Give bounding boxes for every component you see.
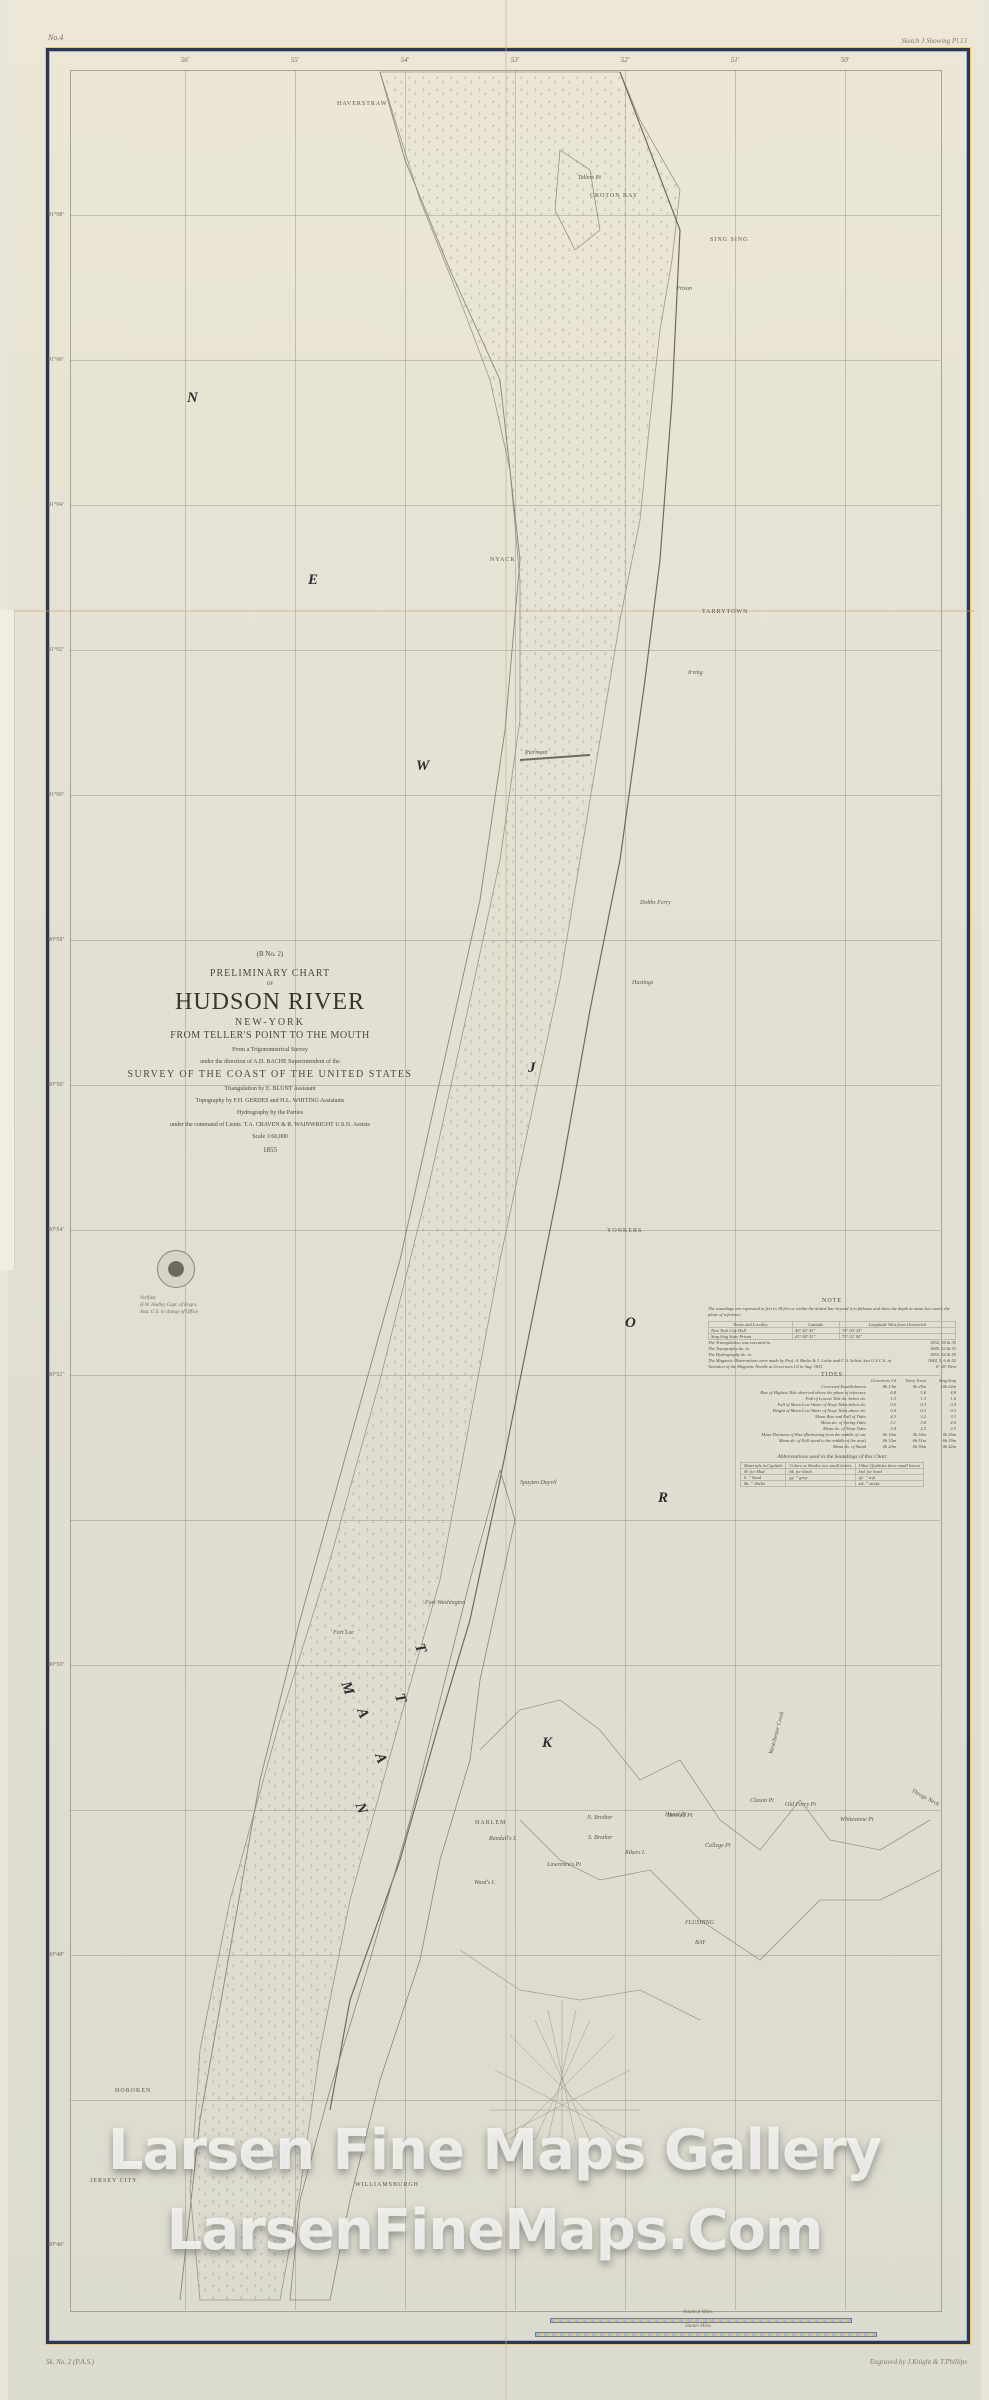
title-extent: FROM TELLER'S POINT TO THE MOUTH: [120, 1030, 420, 1041]
place-nyack: NYACK: [490, 557, 516, 563]
watermark-gallery: Larsen Fine Maps Gallery: [0, 2118, 989, 2183]
place-fort-lee: Fort Lee: [333, 1630, 354, 1636]
coast-survey-seal-icon: [157, 1250, 195, 1288]
region-letter: N: [187, 390, 198, 407]
place-whitestone-point: Whitestone Pt: [840, 1817, 874, 1823]
title-of: OF: [120, 982, 420, 987]
statute-scale-label: Statute Miles: [685, 2324, 711, 2329]
place-wards-island: Ward's I.: [474, 1880, 495, 1886]
place-haverstraw: HAVERSTRAW: [337, 101, 387, 107]
place-dobbs-ferry: Dobbs Ferry: [640, 900, 671, 906]
place-flushing-bay-label-2: BAY: [695, 1940, 705, 1946]
title-pre: PRELIMINARY CHART: [120, 968, 420, 979]
title-topography: Topography by F.H. GERDES and H.L. WHITI…: [120, 1098, 420, 1104]
place-croton-bay: CROTON BAY: [590, 193, 638, 199]
place-old-ferry-point: Old Ferry Pt: [785, 1802, 816, 1808]
table-row: Mean do. of Stand0h 20m0h 30m0h 42m: [708, 1444, 956, 1450]
place-lawrence-point: Lawrence's Pt: [547, 1862, 581, 1868]
abbreviations-title: Abbreviations used in the Soundings of t…: [708, 1454, 956, 1460]
place-tarrytown: TARRYTOWN: [702, 609, 748, 615]
place-yonkers: YONKERS: [607, 1228, 642, 1234]
scale-bars: Nautical Miles Statute Miles: [515, 2310, 875, 2340]
region-letter: E: [308, 572, 318, 589]
place-rikers-island: Rikers I.: [625, 1850, 645, 1856]
note-panel: NOTE The soundings are expressed in feet…: [708, 1298, 956, 1487]
note-text: The soundings are expressed in feet to 1…: [708, 1306, 956, 1318]
positions-table: Name and Locality Latitude Longitude Wes…: [708, 1321, 956, 1340]
region-letter: K: [542, 1735, 552, 1752]
title-hydrography: Hydrography by the Parties: [120, 1110, 420, 1116]
place-harlem: HARLEM: [475, 1820, 506, 1826]
place-irving: Irving: [688, 670, 703, 676]
place-hastings: Hastings: [632, 980, 653, 986]
place-randalls-island: Randall's I.: [489, 1836, 517, 1842]
note-title: NOTE: [708, 1298, 956, 1304]
place-college-point: College Pt: [705, 1843, 731, 1849]
nautical-scale-bar: [550, 2318, 852, 2323]
nautical-scale-label: Nautical Miles: [683, 2310, 713, 2315]
place-fort-washington: Fort Washington: [425, 1600, 465, 1606]
region-letter: J: [528, 1060, 536, 1077]
title-triangulation: Triangulation by E. BLUNT Assistant: [120, 1086, 420, 1092]
statute-scale-bar: [535, 2332, 877, 2337]
place-north-brother: N. Brother: [587, 1815, 612, 1821]
abbreviations-table: Materials in Capitals Colors or Shades t…: [740, 1462, 924, 1487]
title-survey-type: From a Trigonometrical Survey: [120, 1047, 420, 1053]
title-scale: Scale 1/60,000: [120, 1134, 420, 1140]
place-sing-sing-prison: Prison: [676, 286, 692, 292]
hudson-river-map: 3 2: [0, 0, 989, 2400]
page-title: HUDSON RIVER: [120, 989, 420, 1016]
table-row: Sing Sing State Prison 41° 09' 31" 73° 5…: [709, 1334, 956, 1340]
river-hudson: [190, 72, 680, 2300]
place-clason-point: Clason Pt: [750, 1798, 774, 1804]
region-letter: W: [416, 758, 429, 775]
title-direction: under the direction of A.D. BACHE Superi…: [120, 1059, 420, 1065]
region-letter: O: [625, 1315, 636, 1332]
title-command: under the command of Lieuts. T.A. CRAVEN…: [120, 1122, 420, 1128]
place-spuyten-duyvil: Spuyten Duyvil: [520, 1480, 557, 1486]
title-cartouche: (B No. 2) PRELIMINARY CHART OF HUDSON RI…: [120, 950, 420, 1154]
place-piermont: Piermont: [525, 750, 547, 756]
place-tellers-point: Tellers Pt: [578, 175, 601, 181]
watermark-url: LarsenFineMaps.Com: [0, 2198, 989, 2263]
place-hoboken: HOBOKEN: [115, 2088, 151, 2094]
title-year: 1855: [120, 1146, 420, 1154]
place-hunts-point: Hunts Pt: [665, 1812, 686, 1818]
verification-signature: Verified H.W. Hadley Capt. of Engrs. Ass…: [140, 1295, 198, 1316]
engraver-credit: Engraved by J.Knight & T.Phillips: [870, 2358, 967, 2366]
bottom-left-note: Sk. No. 2 (P.A.S.): [46, 2358, 94, 2366]
place-sing-sing: SING SING: [710, 237, 749, 243]
region-letter: R: [658, 1490, 668, 1507]
place-flushing-bay-label: FLUSHING: [685, 1920, 714, 1926]
table-row: Sh. ” Shellsstk. ” sticky: [740, 1481, 923, 1487]
title-agency: SURVEY OF THE COAST OF THE UNITED STATES: [120, 1069, 420, 1080]
survey-date-row: Variation of the Magnetic Needle at Gove…: [708, 1364, 956, 1370]
title-reference: (B No. 2): [120, 950, 420, 958]
title-state: NEW-YORK: [120, 1017, 420, 1028]
place-south-brother: S. Brother: [588, 1835, 612, 1841]
